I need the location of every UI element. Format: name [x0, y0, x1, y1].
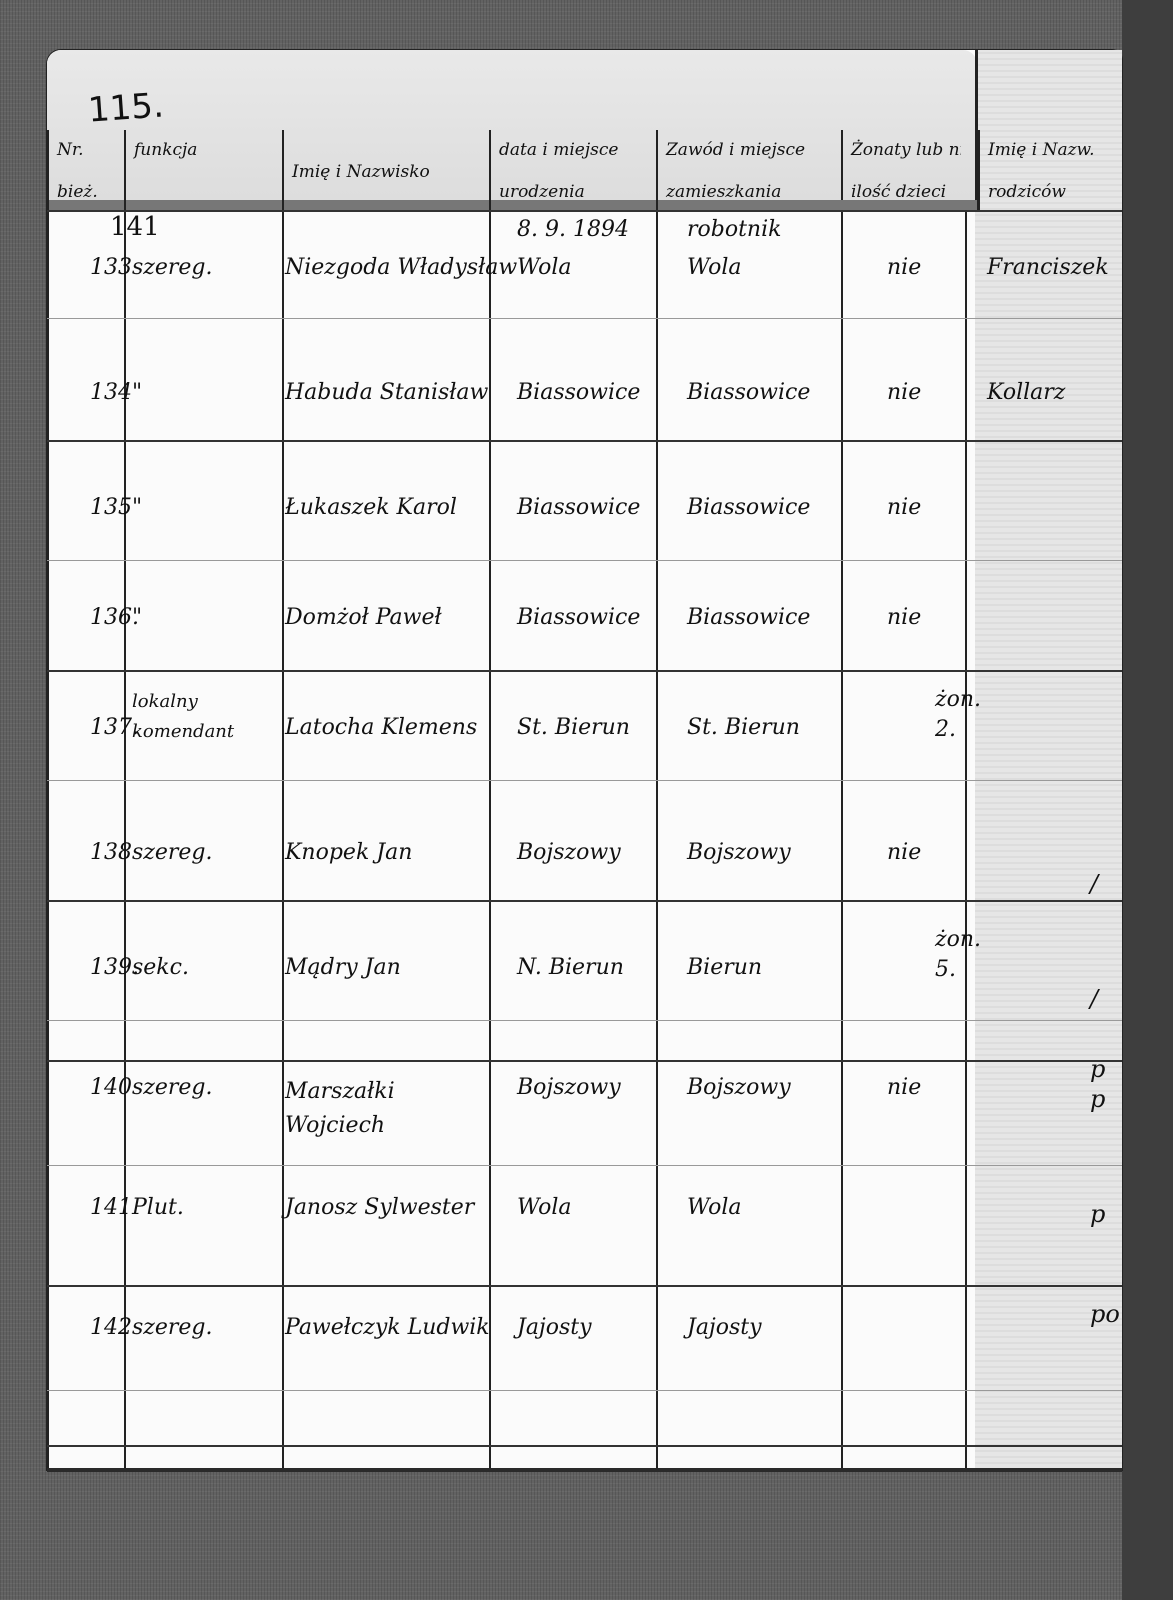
header-married: Żonaty lub nie ilość dzieci [841, 130, 961, 210]
overwritten-number: 141 [110, 212, 160, 242]
row-rule [47, 1445, 1122, 1447]
row-birth-place: Biassowice [517, 380, 640, 405]
row-residence: Bojszowy [687, 1075, 791, 1100]
table-row: 136."Domżoł PawełBiassowiceBiassowicenie [47, 605, 1122, 665]
row-birth-place: Jajosty [517, 1315, 592, 1340]
row-married: nie [887, 840, 921, 865]
row-no: 141 [90, 1195, 132, 1220]
row-birth-place: Biassowice [517, 495, 640, 520]
row-name: Domżoł Paweł [285, 605, 442, 630]
table-row: 140szereg.Marszałki WojciechBojszowyBojs… [47, 1075, 1122, 1135]
row-name: Knopek Jan [285, 840, 412, 865]
row-rule [47, 780, 1122, 781]
row-no: 135 [90, 495, 132, 520]
row-rule [47, 210, 1122, 212]
row-rule [47, 1390, 1122, 1391]
margin-fragment: po [1090, 1300, 1120, 1328]
table-row: 135"Łukaszek KarolBiassowiceBiassowiceni… [47, 495, 1122, 555]
row-residence: Biassowice [687, 605, 810, 630]
row-married: nie [887, 495, 921, 520]
header-name-line2: Imię i Nazwisko [284, 140, 489, 182]
row-birth-place: Wola [517, 255, 572, 280]
row-name: Pawełczyk Ludwik [285, 1315, 490, 1340]
row-birth-place: Wola [517, 1195, 572, 1220]
row-married: nie [887, 255, 921, 280]
header-birth-line2: urodzenia [491, 160, 656, 202]
margin-fragment: p [1090, 1055, 1105, 1083]
row-function: szereg. [132, 255, 213, 280]
row-function: " [132, 605, 142, 630]
row-married: nie [887, 605, 921, 630]
header-function-line1: funkcja [126, 130, 282, 160]
row-rule [47, 1285, 1122, 1287]
row-function: " [132, 495, 142, 520]
column-rule [489, 130, 491, 1470]
row-name: Mądry Jan [285, 955, 401, 980]
row-rule [47, 900, 1122, 902]
table-row: 137.lokalny komendantLatocha KlemensSt. … [47, 715, 1122, 775]
row-rule [47, 1020, 1122, 1021]
table-row: 141Plut.Janosz SylwesterWolaWola [47, 1195, 1122, 1255]
row-parents: Franciszek [987, 255, 1109, 280]
margin-fragment: p [1090, 1085, 1105, 1113]
column-rule [47, 130, 49, 1470]
row-birth-place: N. Bierun [517, 955, 624, 980]
header-birth: data i miejsce urodzenia [489, 130, 656, 210]
row-no: 142 [90, 1315, 132, 1340]
row-married: nie [887, 380, 921, 405]
scan-shadow [1122, 0, 1173, 1600]
row-name: Łukaszek Karol [285, 495, 457, 520]
row-residence: St. Bierun [687, 715, 800, 740]
row-birth-place: St. Bierun [517, 715, 630, 740]
column-rule [656, 130, 658, 1470]
row-function: lokalny komendant [132, 687, 282, 747]
header-occupation-line2: zamieszkania [658, 160, 841, 202]
row-married: żon. 2. [935, 685, 995, 745]
header-birth-line1: data i miejsce [491, 130, 656, 160]
table-row: 134"Habuda StanisławBiassowiceBiassowice… [47, 380, 1122, 440]
table-row: 138szereg.Knopek JanBojszowyBojszowynie [47, 840, 1122, 900]
row-occupation: robotnik [687, 217, 781, 242]
page-bottom-edge [47, 1468, 1122, 1472]
row-no: 133 [90, 255, 132, 280]
row-residence: Jajosty [687, 1315, 762, 1340]
row-function: szereg. [132, 1075, 213, 1100]
header-parents-line2: rodziców [980, 160, 1120, 202]
row-no: 138 [90, 840, 132, 865]
row-residence: Bierun [687, 955, 762, 980]
row-name: Habuda Stanisław [285, 380, 488, 405]
header-no: Nr. bież. [47, 130, 124, 210]
row-function: " [132, 380, 142, 405]
row-rule [47, 318, 1122, 319]
header-married-line1: Żonaty lub nie [843, 130, 961, 160]
header-no-line2: bież. [49, 160, 124, 202]
header-function-line2 [126, 160, 282, 182]
header-parents: Imię i Nazw. rodziców [978, 130, 1120, 210]
row-name: Janosz Sylwester [285, 1195, 474, 1220]
margin-fragment: p [1090, 1200, 1105, 1228]
row-parents: Kollarz [987, 380, 1065, 405]
row-birth-date: 8. 9. 1894 [517, 217, 629, 242]
header-name: Imię i Nazwisko [282, 130, 489, 210]
row-residence: Wola [687, 255, 742, 280]
header-occupation-line1: Zawód i miejsce [658, 130, 841, 160]
table-row: 133szereg.Niezgoda WładysławWolaWolanieF… [47, 255, 1122, 315]
header-married-line2: ilość dzieci [843, 160, 961, 202]
row-married: nie [887, 1075, 921, 1100]
row-birth-place: Bojszowy [517, 1075, 621, 1100]
row-married: żon. 5. [935, 925, 995, 985]
header-no-line1: Nr. [49, 130, 124, 160]
row-no: 140 [90, 1075, 132, 1100]
row-function: Plut. [132, 1195, 184, 1220]
row-no: 134 [90, 380, 132, 405]
row-residence: Bojszowy [687, 840, 791, 865]
row-rule [47, 560, 1122, 561]
row-rule [47, 440, 1122, 442]
header-parents-line1: Imię i Nazw. [980, 130, 1120, 160]
table-row: 142szereg.Pawełczyk LudwikJajostyJajosty [47, 1315, 1122, 1375]
row-rule [47, 1165, 1122, 1166]
row-function: szereg. [132, 840, 213, 865]
header-function: funkcja [124, 130, 282, 210]
row-residence: Biassowice [687, 495, 810, 520]
row-rule [47, 1060, 1122, 1062]
row-name: Marszałki Wojciech [285, 1075, 425, 1143]
row-residence: Wola [687, 1195, 742, 1220]
column-rule [282, 130, 284, 1470]
row-rule [47, 670, 1122, 672]
margin-fragment: / [1090, 985, 1098, 1013]
header-occupation: Zawód i miejsce zamieszkania [656, 130, 841, 210]
table-row: 139.sekc.Mądry JanN. BierunBierunżon. 5. [47, 955, 1122, 1015]
header-name-line1 [284, 130, 489, 140]
column-rule [124, 130, 126, 1470]
row-name: Niezgoda Władysław [285, 255, 517, 280]
page-number: 115. [87, 85, 165, 130]
row-residence: Biassowice [687, 380, 810, 405]
row-name: Latocha Klemens [285, 715, 477, 740]
row-function: szereg. [132, 1315, 213, 1340]
row-birth-place: Biassowice [517, 605, 640, 630]
row-birth-place: Bojszowy [517, 840, 621, 865]
row-function: sekc. [132, 955, 189, 980]
margin-fragment: / [1090, 870, 1098, 898]
